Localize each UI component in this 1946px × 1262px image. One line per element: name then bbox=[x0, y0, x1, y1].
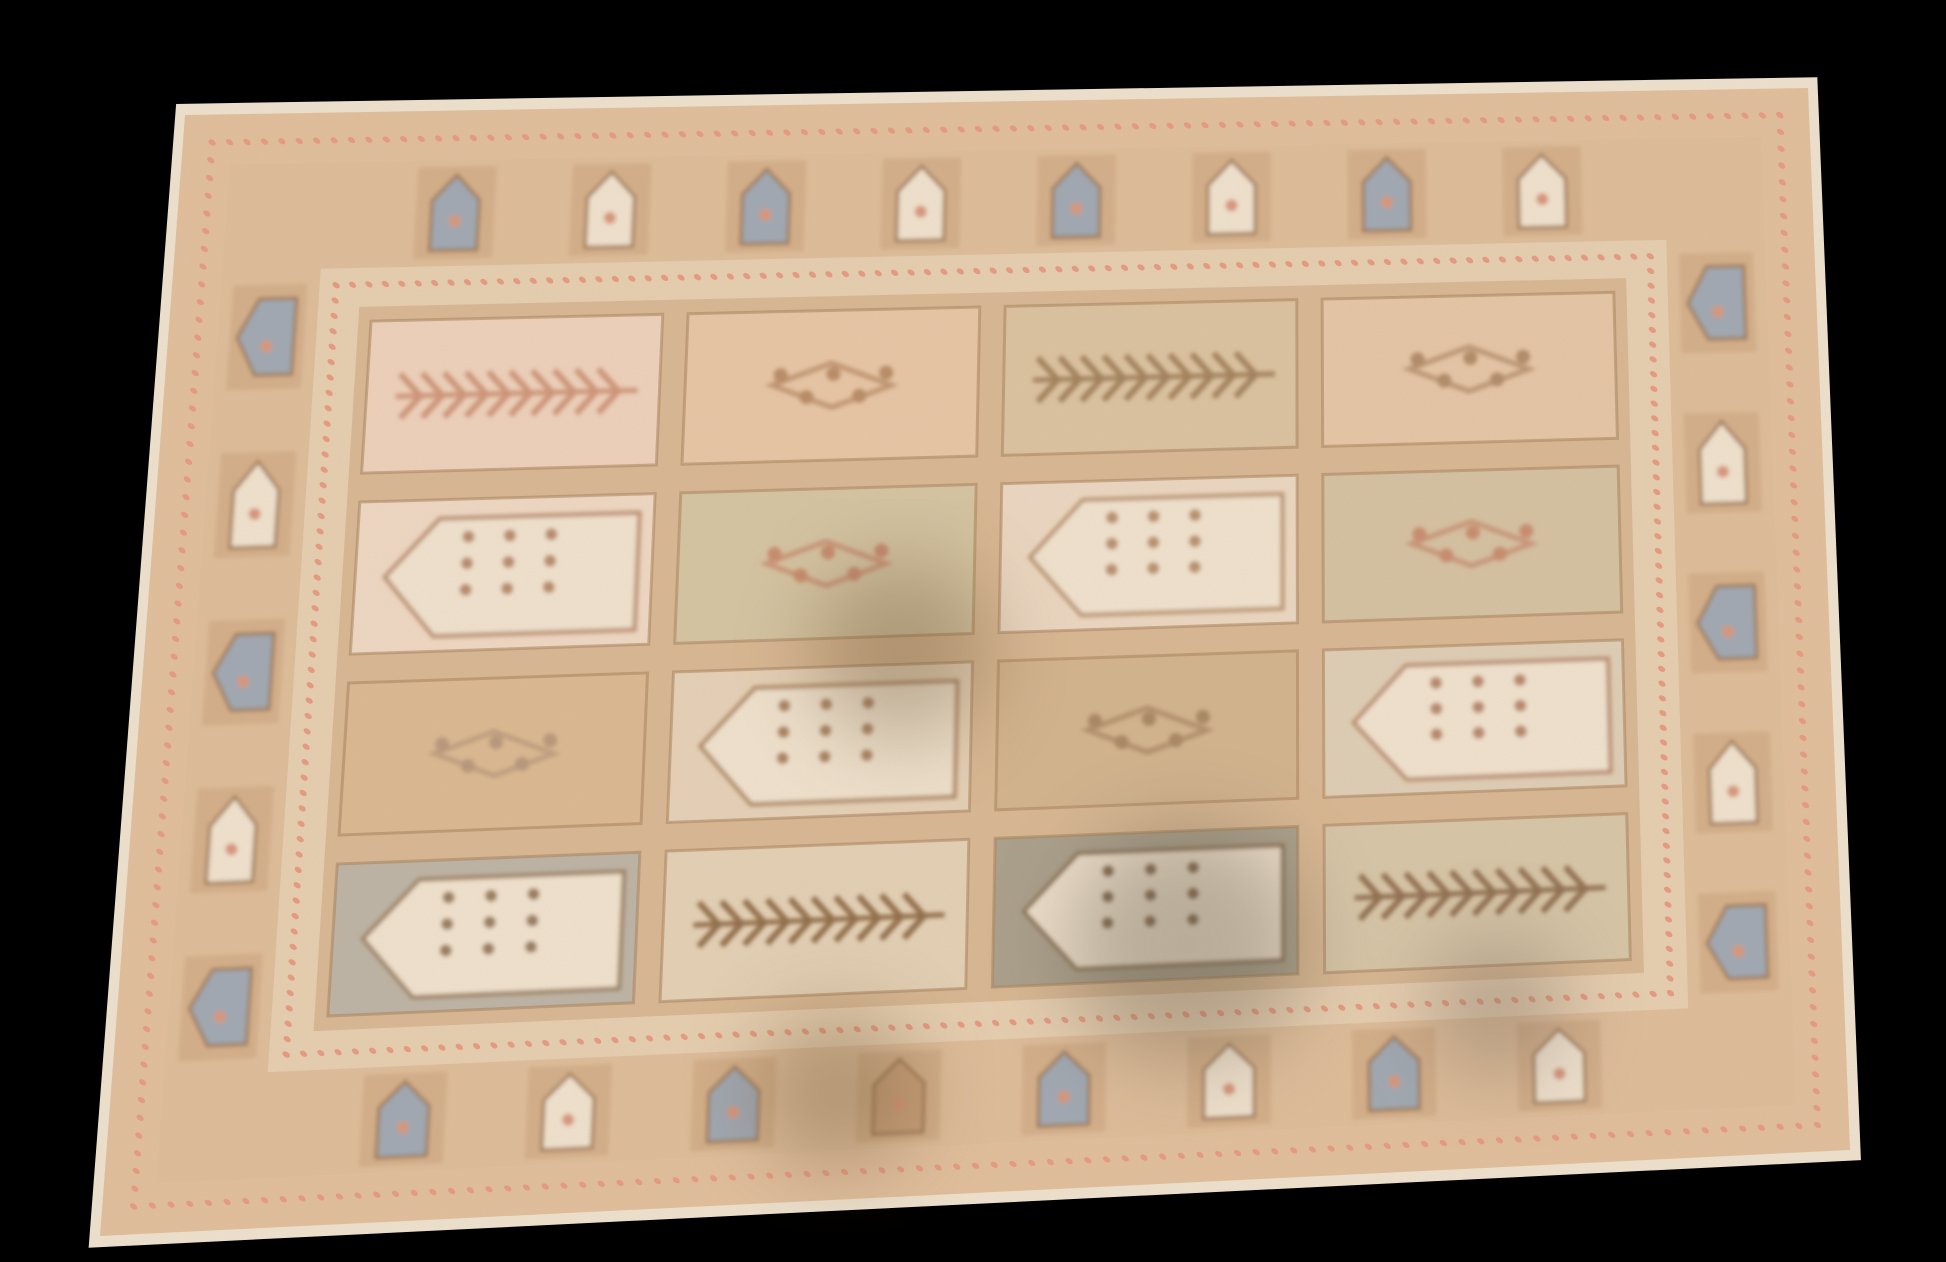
cream-arch-motif bbox=[214, 451, 296, 558]
cream-arch-motif bbox=[190, 786, 274, 893]
field-panel bbox=[1323, 640, 1626, 798]
panel-bg bbox=[1323, 466, 1622, 622]
cream-arch-motif bbox=[525, 1064, 613, 1159]
field-panel bbox=[339, 673, 647, 835]
blue-arch-motif bbox=[1347, 149, 1426, 239]
panel-bg bbox=[682, 307, 980, 464]
panel-bg bbox=[339, 673, 647, 835]
cream-arch-motif bbox=[1684, 412, 1762, 514]
field-panel bbox=[1322, 292, 1617, 446]
panel-bg bbox=[996, 651, 1298, 810]
blue-arch-motif bbox=[1352, 1027, 1436, 1120]
cream-arch-motif bbox=[1192, 152, 1271, 243]
photo-stage bbox=[0, 0, 1946, 1262]
blue-boteh-motif bbox=[202, 619, 285, 726]
field-panel bbox=[682, 307, 980, 464]
blue-arch-motif bbox=[1021, 1042, 1106, 1136]
blue-boteh-motif bbox=[1698, 891, 1779, 994]
rug bbox=[89, 77, 1861, 1248]
field-panel bbox=[1002, 300, 1297, 456]
blue-boteh-motif bbox=[1679, 252, 1756, 353]
blue-boteh-motif bbox=[178, 953, 263, 1061]
cream-arch-motif bbox=[1502, 146, 1582, 236]
blue-arch-motif bbox=[413, 166, 497, 259]
blue-arch-motif bbox=[1036, 155, 1116, 246]
rug-photo bbox=[0, 0, 1946, 1262]
panel-bg bbox=[1322, 292, 1617, 446]
field-panel bbox=[362, 314, 663, 473]
blue-boteh-motif bbox=[1688, 571, 1767, 673]
cream-arch-motif bbox=[1693, 731, 1773, 834]
field-panel bbox=[660, 839, 969, 1001]
field-panel bbox=[996, 651, 1298, 810]
field-panel bbox=[999, 475, 1297, 632]
field-panel bbox=[328, 852, 640, 1016]
blue-boteh-motif bbox=[226, 284, 307, 390]
field-panel bbox=[350, 494, 655, 654]
blue-arch-motif bbox=[359, 1071, 448, 1167]
cream-arch-motif bbox=[569, 163, 652, 256]
field-panel bbox=[1323, 466, 1622, 622]
blue-arch-motif bbox=[725, 160, 807, 252]
cream-arch-motif bbox=[880, 158, 961, 250]
